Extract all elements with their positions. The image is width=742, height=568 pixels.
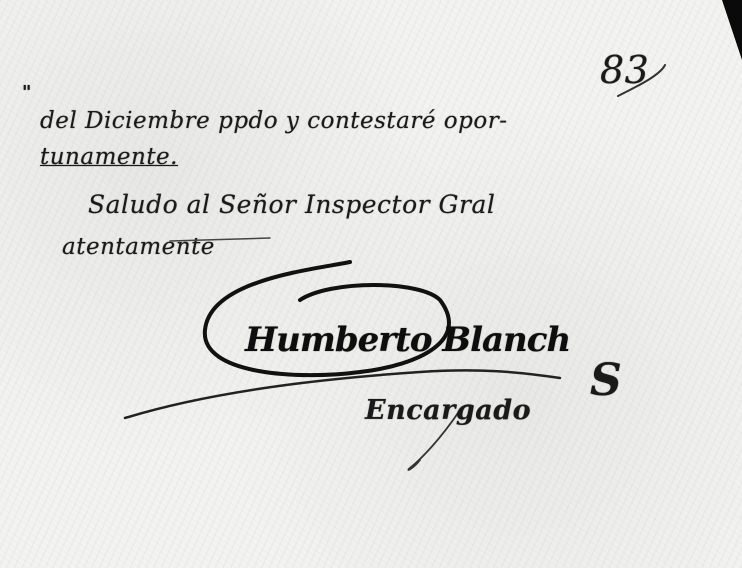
signature-rubric: S	[590, 355, 622, 406]
margin-mark: "	[22, 82, 32, 103]
letter-line-2: tunamente.	[40, 144, 178, 170]
letter-line-1: del Diciembre ppdo y contestaré opor-	[40, 108, 507, 134]
signature-name: Humberto Blanch	[245, 320, 570, 360]
letter-line-closing: atentamente	[62, 234, 215, 260]
letter-line-greeting: Saludo al Señor Inspector Gral	[88, 190, 495, 219]
page-number: 83	[600, 48, 649, 92]
scanned-letter-page: 83 " del Diciembre ppdo y contestaré opo…	[0, 0, 742, 568]
scan-edge-shadow	[722, 0, 742, 60]
signature-title: Encargado	[365, 395, 531, 426]
